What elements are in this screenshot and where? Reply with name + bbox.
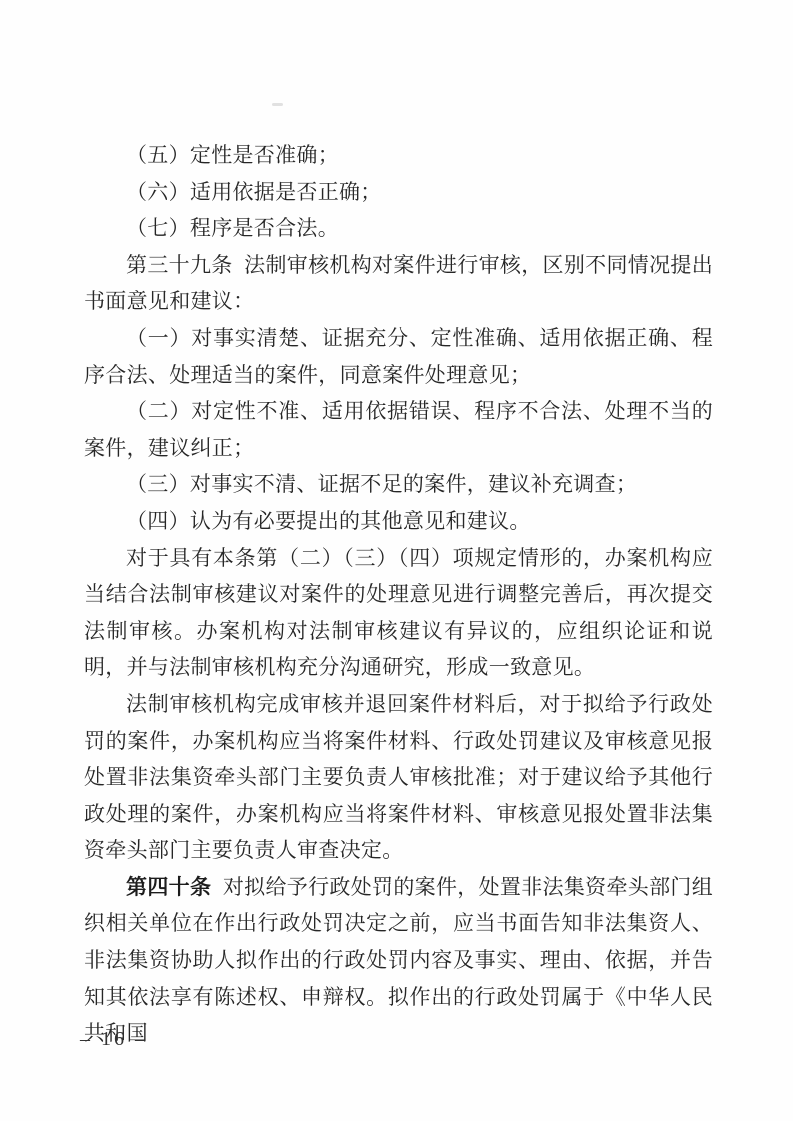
paragraph-text: 对于具有本条第（二）（三）（四）项规定情形的，办案机构应当结合法制审核建议对案件… [84,546,713,680]
paragraph: （七）程序是否合法。 [84,210,713,247]
paragraph: 第四十条对拟给予行政处罚的案件，处置非法集资牵头部门组织相关单位在作出行政处罚决… [84,869,713,1052]
article-number: 第三十九条 [126,253,233,277]
paragraph-text: 法制审核机构完成审核并退回案件材料后，对于拟给予行政处罚的案件，办案机构应当将案… [84,692,713,862]
paragraph: （五）定性是否准确； [84,137,713,174]
paragraph: （一）对事实清楚、证据充分、定性准确、适用依据正确、程序合法、处理适当的案件，同… [84,320,713,393]
paragraph-text: （一）对事实清楚、证据充分、定性准确、适用依据正确、程序合法、处理适当的案件，同… [84,326,713,387]
paragraph: 法制审核机构完成审核并退回案件材料后，对于拟给予行政处罚的案件，办案机构应当将案… [84,686,713,869]
paragraph-text: 对拟给予行政处罚的案件，处置非法集资牵头部门组织相关单位在作出行政处罚决定之前，… [84,875,713,1045]
document-body: （五）定性是否准确；（六）适用依据是否正确；（七）程序是否合法。第三十九条法制审… [84,137,713,1052]
paragraph-text: （二）对定性不准、适用依据错误、程序不合法、处理不当的案件，建议纠正； [84,399,713,460]
paragraph-text: （四）认为有必要提出的其他意见和建议。 [126,509,531,533]
paragraph: （二）对定性不准、适用依据错误、程序不合法、处理不当的案件，建议纠正； [84,393,713,466]
paragraph: （六）适用依据是否正确； [84,174,713,211]
paragraph-text: （五）定性是否准确； [126,143,339,167]
paragraph: （三）对事实不清、证据不足的案件，建议补充调查； [84,466,713,503]
article-number: 第四十条 [126,875,211,899]
paragraph: 对于具有本条第（二）（三）（四）项规定情形的，办案机构应当结合法制审核建议对案件… [84,540,713,686]
document-page: （五）定性是否准确；（六）适用依据是否正确；（七）程序是否合法。第三十九条法制审… [0,0,793,1121]
paragraph-text: （六）适用依据是否正确； [126,180,382,204]
paragraph: 第三十九条法制审核机构对案件进行审核，区别不同情况提出书面意见和建议： [84,247,713,320]
page-number: – 16 – [80,1028,148,1051]
paragraph: （四）认为有必要提出的其他意见和建议。 [84,503,713,540]
scan-smudge-artifact [272,103,283,106]
paragraph-text: （三）对事实不清、证据不足的案件，建议补充调查； [126,472,637,496]
paragraph-text: （七）程序是否合法。 [126,216,339,240]
